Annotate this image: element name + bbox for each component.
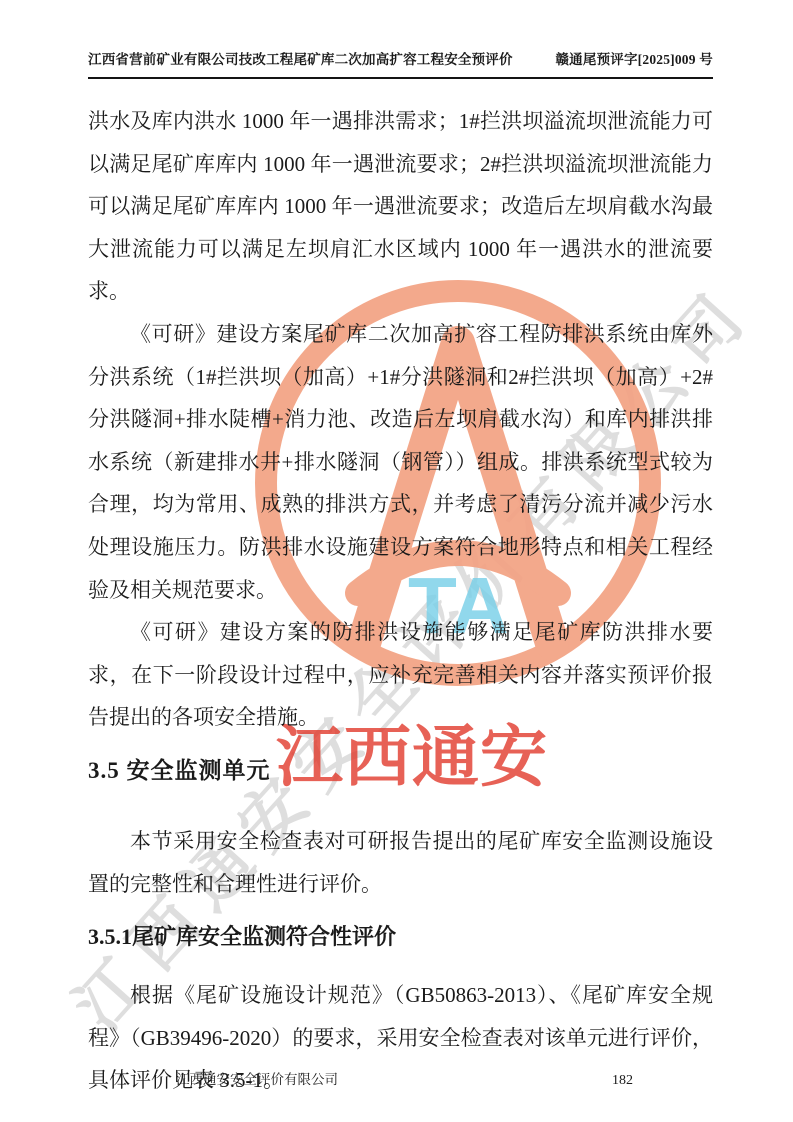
document-body: 洪水及库内洪水 1000 年一遇排洪需求；1#拦洪坝溢流坝泄流能力可以满足尾矿库… bbox=[88, 100, 713, 1102]
section-heading-3-5: 3.5 安全监测单元 bbox=[88, 749, 713, 792]
body-paragraph-flood-requirements: 洪水及库内洪水 1000 年一遇排洪需求；1#拦洪坝溢流坝泄流能力可以满足尾矿库… bbox=[88, 100, 713, 313]
page-content: 江西省营前矿业有限公司技改工程尾矿库二次加高扩容工程安全预评价 赣通尾预评字[2… bbox=[88, 48, 713, 1102]
page-header: 江西省营前矿业有限公司技改工程尾矿库二次加高扩容工程安全预评价 赣通尾预评字[2… bbox=[88, 48, 713, 79]
footer-company-name: 江西通安安全评价有限公司 bbox=[176, 1068, 338, 1088]
header-report-title: 江西省营前矿业有限公司技改工程尾矿库二次加高扩容工程安全预评价 bbox=[88, 48, 513, 68]
page-footer: 江西通安安全评价有限公司 182 bbox=[176, 1068, 633, 1089]
document-page: 江西通安安全评价有限公司 TA 江西通安 江西省营前矿业有限公司技改工程尾矿库二… bbox=[0, 0, 793, 1122]
section-heading-3-5-1: 3.5.1尾矿库安全监测符合性评价 bbox=[88, 915, 713, 958]
body-paragraph-monitoring-intro: 本节采用安全检查表对可研报告提出的尾矿库安全监测设施设置的完整性和合理性进行评价… bbox=[88, 820, 713, 905]
body-paragraph-drainage-system: 《可研》建设方案尾矿库二次加高扩容工程防排洪系统由库外分洪系统（1#拦洪坝（加高… bbox=[88, 313, 713, 611]
body-paragraph-design-conclusion: 《可研》建设方案的防排洪设施能够满足尾矿库防洪排水要求，在下一阶段设计过程中，应… bbox=[88, 611, 713, 739]
footer-page-number: 182 bbox=[612, 1073, 633, 1089]
header-doc-number: 赣通尾预评字[2025]009 号 bbox=[555, 48, 713, 68]
